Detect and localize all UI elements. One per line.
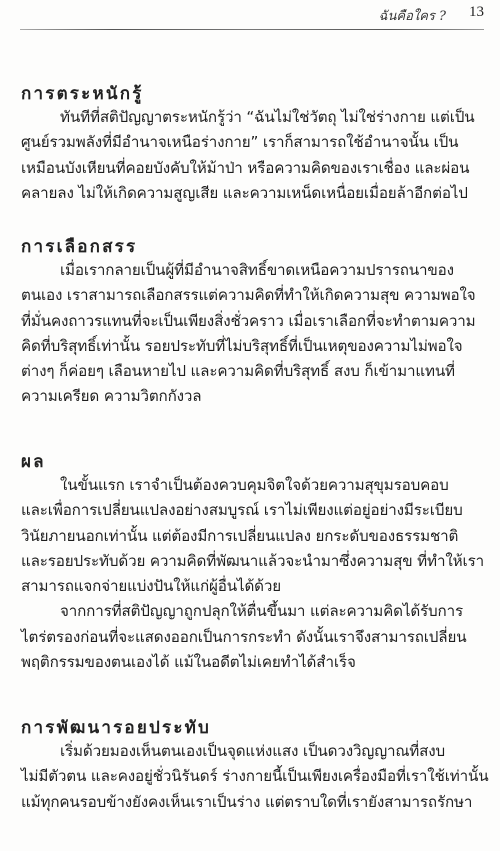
paragraph-line: เมื่อเรากลายเป็นผู้ที่มีอำนาจสิทธิ์ขาดเห… xyxy=(21,258,483,283)
section-selection: การเลือกสรร เมื่อเรากลายเป็นผู้ที่มีอำนา… xyxy=(21,236,483,410)
section-heading: การพัฒนารอยประทับ xyxy=(21,717,483,739)
running-title: ฉันคือใคร ? xyxy=(379,5,446,26)
paragraph-line: ไม่มีตัวตน และคงอยู่ชั่วนิรันดร์ ร่างกาย… xyxy=(21,764,483,789)
paragraph-line: จากการที่สติปัญญาถูกปลุกให้ตื่นขึ้นมา แต… xyxy=(21,599,483,624)
section-heading: การเลือกสรร xyxy=(21,236,483,258)
paragraph-line: เหมือนบังเหียนที่คอยบังคับให้ม้าป่า หรือ… xyxy=(21,156,483,181)
section-result: ผล ในขั้นแรก เราจำเป็นต้องควบคุมจิตใจด้ว… xyxy=(21,451,483,675)
page-number: 13 xyxy=(469,4,484,21)
paragraph-line: และเพื่อการเปลี่ยนแปลงอย่างสมบูรณ์ เราไม… xyxy=(21,498,483,523)
page-header: ฉันคือใคร ? 13 xyxy=(20,0,484,30)
paragraph-line: คลายลง ไม่ให้เกิดความสูญเสีย และความเหน็… xyxy=(21,181,483,206)
paragraph-line: สามารถแจกจ่ายแบ่งปันให้แก่ผู้อื่นได้ด้วย xyxy=(21,574,483,599)
paragraph-line: คิดที่บริสุทธิ์เท่านั้น รอยประทับที่ไม่บ… xyxy=(21,334,483,359)
paragraph-line: ความเครียด ความวิตกกังวล xyxy=(21,384,483,409)
paragraph-line: ต่างๆ ก็ค่อยๆ เลือนหายไป และความคิดที่บร… xyxy=(21,359,483,384)
paragraph-line: ที่มั่นคงถาวรแทนที่จะเป็นเพียงสิ่งชั่วคร… xyxy=(21,309,483,334)
paragraph-line: และรอยประทับด้วย ความคิดที่พัฒนาแล้วจะนำ… xyxy=(21,549,483,574)
section-heading: ผล xyxy=(21,451,483,473)
paragraph-line: ตนเอง เราสามารถเลือกสรรแต่ความคิดที่ทำให… xyxy=(21,283,483,308)
section-heading: การตระหนักรู้ xyxy=(21,83,483,105)
paragraph-line: แม้ทุกคนรอบข้างยังคงเห็นเราเป็นร่าง แต่ต… xyxy=(21,790,483,815)
paragraph-line: ศูนย์รวมพลังที่มีอำนาจเหนือร่างกาย” เราก… xyxy=(21,130,483,155)
paragraph-line: ไตร่ตรองก่อนที่จะแสดงออกเป็นการกระทำ ดัง… xyxy=(21,625,483,650)
paragraph-line: ในขั้นแรก เราจำเป็นต้องควบคุมจิตใจด้วยคว… xyxy=(21,473,483,498)
section-impression-development: การพัฒนารอยประทับ เริ่มด้วยมองเห็นตนเองเ… xyxy=(21,717,483,815)
paragraph-line: ทันทีที่สติปัญญาตระหนักรู้ว่า “ฉันไม่ใช่… xyxy=(21,105,483,130)
paragraph-line: วินัยภายนอกเท่านั้น แต่ต้องมีการเปลี่ยนแ… xyxy=(21,524,483,549)
header-rule xyxy=(20,29,484,30)
paragraph-line: เริ่มด้วยมองเห็นตนเองเป็นจุดแห่งแสง เป็น… xyxy=(21,739,483,764)
paragraph-line: พฤติกรรมของตนเองได้ แม้ในอดีตไม่เคยทำได้… xyxy=(21,650,483,675)
section-awareness: การตระหนักรู้ ทันทีที่สติปัญญาตระหนักรู้… xyxy=(21,83,483,206)
